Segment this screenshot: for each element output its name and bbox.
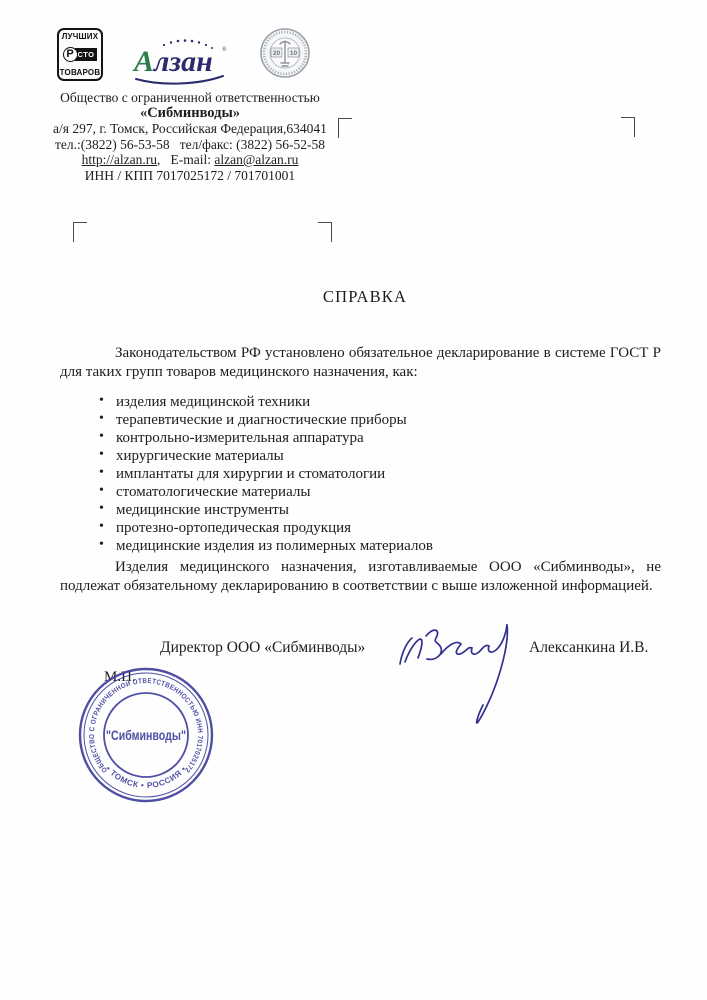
best-goods-badge-icon: ЛУЧШИХ Р СТО ТОВАРОВ bbox=[57, 28, 103, 81]
badge-bottom-label: ТОВАРОВ bbox=[60, 68, 101, 77]
company-phones: тел.:(3822) 56-53-58 тел/факс: (3822) 56… bbox=[18, 137, 362, 153]
badge-emblem: Р СТО bbox=[63, 47, 98, 62]
bullet-icon: • bbox=[99, 536, 104, 554]
list-item: •контрольно-измерительная аппаратура bbox=[98, 429, 433, 447]
list-item: •терапевтические и диагностические прибо… bbox=[98, 411, 433, 429]
svg-text:Алзан: Алзан bbox=[132, 45, 213, 78]
bullet-icon: • bbox=[99, 518, 104, 536]
website-separator: , bbox=[157, 152, 160, 167]
list-item: •стоматологические материалы bbox=[98, 483, 433, 501]
list-item: •хирургические материалы bbox=[98, 447, 433, 465]
corner-mark-top-left-icon bbox=[338, 118, 352, 138]
list-item: •медицинские изделия из полимерных матер… bbox=[98, 537, 433, 555]
list-item: •медицинские инструменты bbox=[98, 501, 433, 519]
company-stamp-icon: ОБЩЕСТВО С ОГРАНИЧЕННОЙ ОТВЕТСТВЕННОСТЬЮ… bbox=[76, 665, 216, 810]
intro-paragraph: Законодательством РФ установлено обязате… bbox=[60, 344, 661, 381]
corner-mark-bottom-left-icon bbox=[73, 222, 87, 242]
bullet-icon: • bbox=[99, 410, 104, 428]
alzan-rest: лзан bbox=[152, 45, 213, 78]
medal-year-left: 20 bbox=[273, 50, 281, 57]
bullet-icon: • bbox=[99, 482, 104, 500]
conclusion-paragraph: Изделия медицинского назначения, изготав… bbox=[60, 558, 661, 595]
signer-name: Алексанкина И.В. bbox=[529, 639, 648, 657]
company-inn: ИНН / КПП 7017025172 / 701701001 bbox=[18, 168, 362, 184]
list-item: •имплантаты для хирургии и стоматологии bbox=[98, 465, 433, 483]
badge-center-label: СТО bbox=[75, 48, 98, 61]
list-item: •протезно-ортопедическая продукция bbox=[98, 519, 433, 537]
stamp-center-text: "Сибминводы" bbox=[106, 728, 186, 743]
goods-list: •изделия медицинской техники •терапевтич… bbox=[98, 393, 433, 555]
bullet-icon: • bbox=[99, 392, 104, 410]
handwritten-signature-icon bbox=[392, 606, 524, 743]
badge-letter: Р bbox=[63, 47, 78, 62]
corner-mark-bottom-right-icon bbox=[318, 222, 332, 242]
company-form: Общество с ограниченной ответственностью bbox=[18, 90, 362, 106]
company-address: а/я 297, г. Томск, Российская Федерация,… bbox=[18, 121, 362, 137]
alzan-logo-icon: Алзан ® bbox=[126, 33, 234, 96]
email-label: E-mail: bbox=[170, 152, 211, 167]
company-email: alzan@alzan.ru bbox=[214, 152, 298, 167]
medal-year-right: 10 bbox=[290, 50, 298, 57]
badge-top-label: ЛУЧШИХ bbox=[62, 32, 99, 41]
company-fax: тел/факс: (3822) 56-52-58 bbox=[180, 137, 325, 152]
list-item: •изделия медицинской техники bbox=[98, 393, 433, 411]
company-name: «Сибминводы» bbox=[18, 106, 362, 122]
company-phone: тел.:(3822) 56-53-58 bbox=[55, 137, 170, 152]
company-website: http://alzan.ru bbox=[82, 152, 157, 167]
scanned-letter-page: ЛУЧШИХ Р СТО ТОВАРОВ Алзан ® bbox=[0, 0, 707, 1000]
corner-mark-top-right-icon bbox=[621, 117, 635, 137]
alzan-reg-mark: ® bbox=[222, 46, 227, 53]
alzan-letter-a: А bbox=[132, 45, 154, 78]
bullet-icon: • bbox=[99, 500, 104, 518]
medal-2010-icon: 20 10 bbox=[259, 26, 311, 85]
bullet-icon: • bbox=[99, 464, 104, 482]
letterhead: Общество с ограниченной ответственностью… bbox=[18, 90, 362, 183]
company-web-line: http://alzan.ru, E-mail: alzan@alzan.ru bbox=[18, 152, 362, 168]
document-title: СПРАВКА bbox=[0, 287, 707, 307]
bullet-icon: • bbox=[99, 428, 104, 446]
bullet-icon: • bbox=[99, 446, 104, 464]
signer-position: Директор ООО «Сибминводы» bbox=[160, 639, 365, 657]
